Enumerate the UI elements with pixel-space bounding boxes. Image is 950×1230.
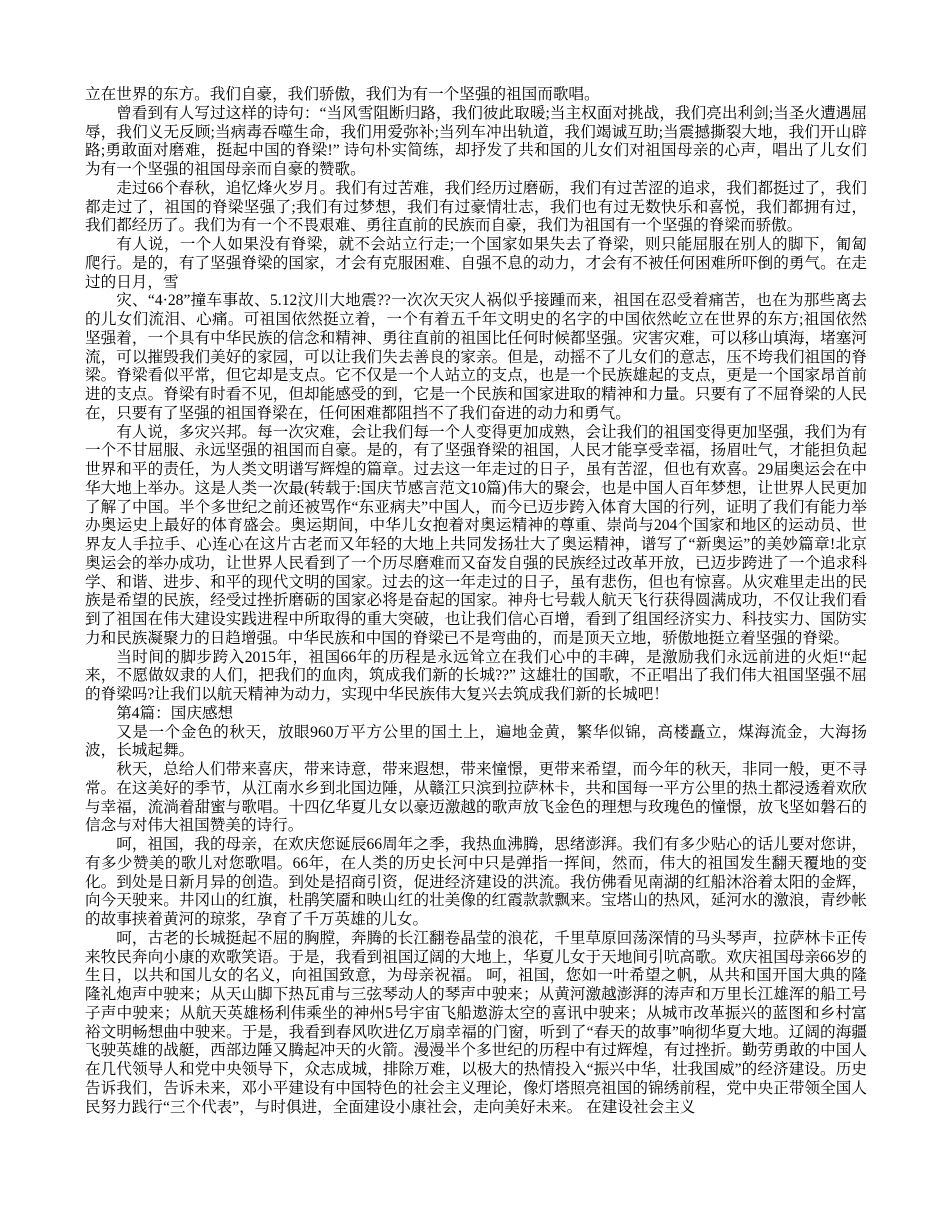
paragraph: 有人说，多灾兴邦。每一次灾难，会让我们每一个人变得更加成熟，会让我们的祖国变得更…: [85, 424, 867, 649]
paragraph: 呵，祖国，我的母亲，在欢庆您诞辰66周年之季，我热血沸腾，思绪澎湃。我们有多少贴…: [85, 836, 867, 930]
paragraph: 有人说，一个人如果没有脊梁，就不会站立行走;一个国家如果失去了脊梁，则只能屈服在…: [85, 236, 867, 292]
paragraph: 当时间的脚步跨入2015年，祖国66年的历程是永远耸立在我们心中的丰碑，是激励我…: [85, 649, 867, 705]
section-heading: 第4篇：国庆感想: [85, 705, 867, 724]
paragraph: 立在世界的东方。我们自豪，我们骄傲，我们为有一个坚强的祖国而歌唱。: [85, 86, 867, 105]
paragraph: 秋天，总给人们带来喜庆，带来诗意，带来遐想，带来憧憬，更带来希望，而今年的秋天，…: [85, 761, 867, 836]
paragraph: 又是一个金色的秋天，放眼960万平方公里的国土上，遍地金黄，繁华似锦，高楼矗立，…: [85, 724, 867, 762]
document-page: 立在世界的东方。我们自豪，我们骄傲，我们为有一个坚强的祖国而歌唱。 曾看到有人写…: [85, 86, 867, 1117]
paragraph: 灾、“4·28”撞车事故、5.12汶川大地震??一次次天灾人祸似乎接踵而来，祖国…: [85, 292, 867, 423]
paragraph: 走过66个春秋，追忆烽火岁月。我们有过苦难，我们经历过磨砺，我们有过苦涩的追求，…: [85, 180, 867, 236]
paragraph: 曾看到有人写过这样的诗句：“当风雪阻断归路，我们彼此取暖;当主权面对挑战，我们亮…: [85, 105, 867, 180]
paragraph: 呵，古老的长城挺起不屈的胸膛，奔腾的长江翻卷晶莹的浪花，千里草原回荡深情的马头琴…: [85, 930, 867, 1118]
